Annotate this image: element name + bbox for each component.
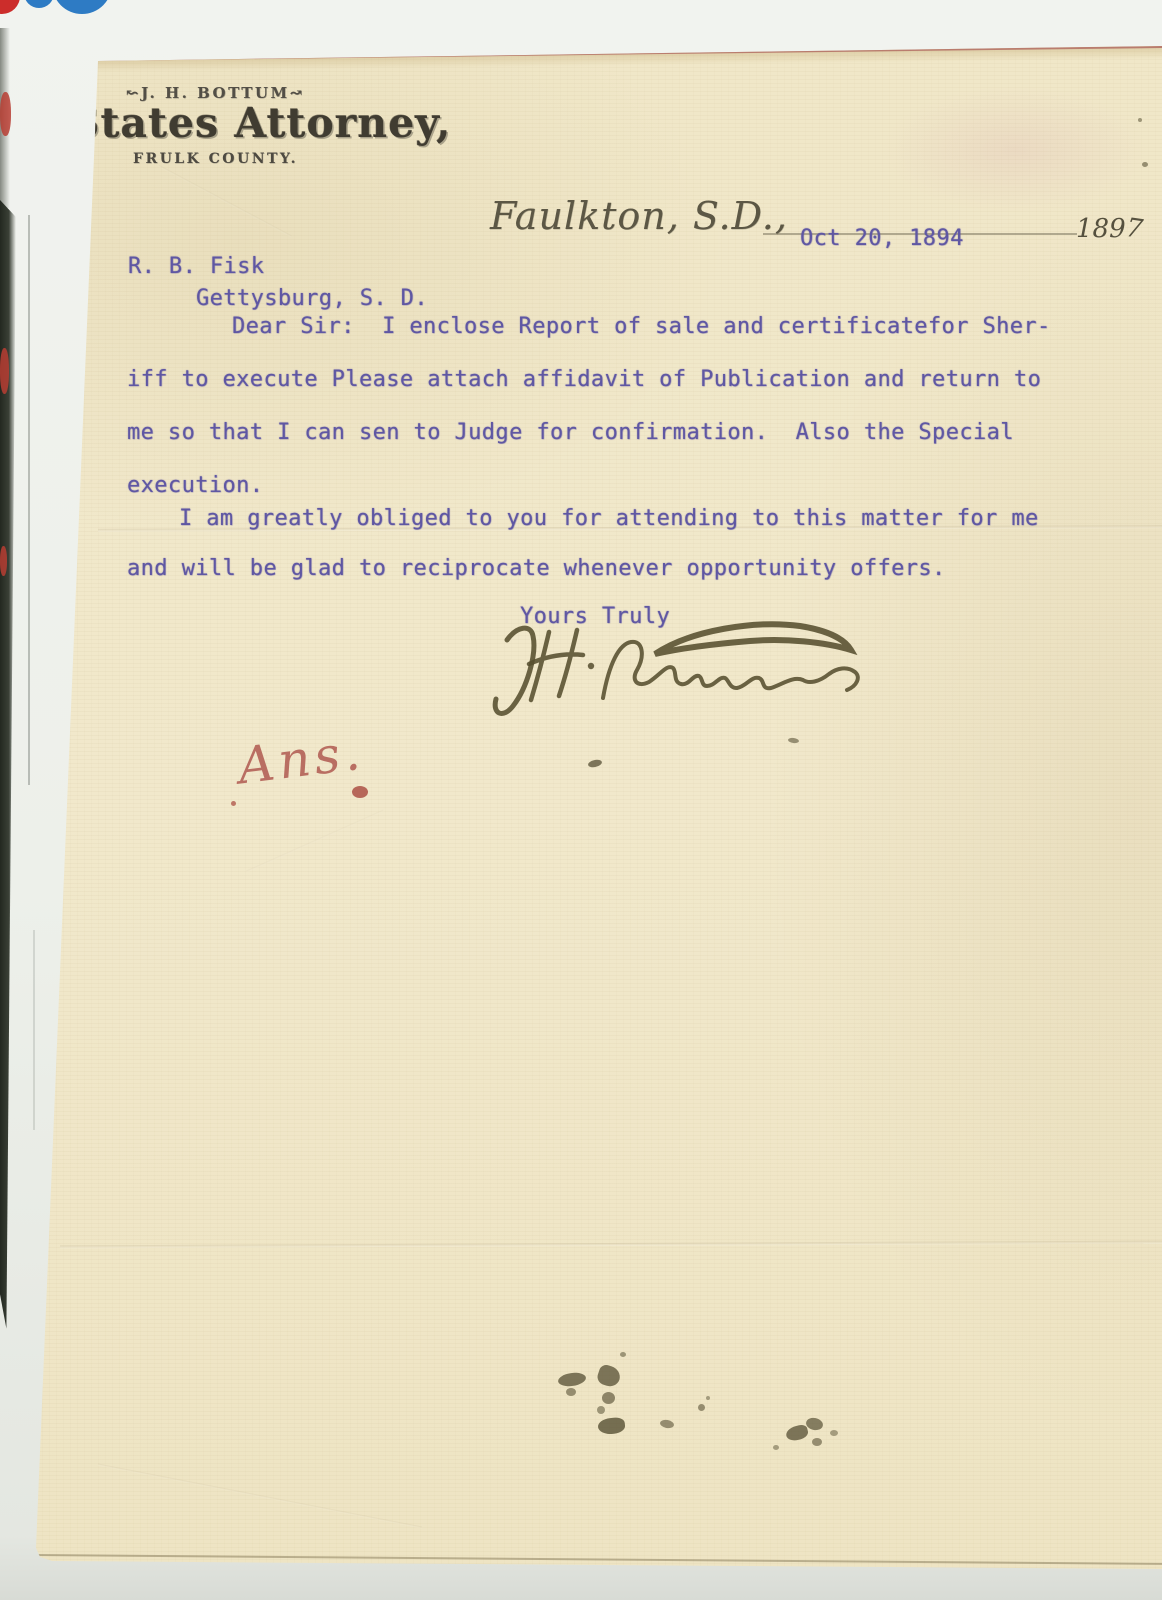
body-line: iff to execute Please attach affidavit o… [127,367,1041,392]
scanner-bed-crack [33,930,35,1130]
paper-bottom-edge [34,1554,1162,1565]
ink-smudge [830,1430,838,1436]
corner-crease [98,1464,422,1529]
letter-paper: ↜J. H. BOTTUM↝ States Attorney, FRULK CO… [0,0,1162,1600]
ink-smudge [620,1352,626,1357]
ink-smudge [597,1417,626,1436]
ink-smudge [557,1371,587,1388]
ink-smudge [597,1406,605,1414]
ink-smudge [812,1438,822,1446]
scanned-letter-photo: ↜J. H. BOTTUM↝ States Attorney, FRULK CO… [0,0,1162,1600]
body-line: Dear Sir: I enclose Report of sale and c… [232,314,1051,339]
ink-speck [1138,118,1142,122]
recipient-address: Gettysburg, S. D. [196,286,428,311]
printed-year: 1897 [1076,214,1142,244]
cropped-logo-fragment-blue-large [52,0,112,14]
cropped-logo-fragment-blue-small [24,0,54,8]
ink-smudge [595,1363,622,1389]
corner-crease [158,165,291,237]
letterhead-title: States Attorney, [70,99,451,147]
red-ink-speck [231,801,236,806]
ink-smudge [785,1424,810,1443]
letterhead-county: FRULK COUNTY. [133,151,298,167]
ink-smudge [698,1404,705,1411]
fold-crease [60,1241,1162,1249]
small-crease [246,810,384,873]
red-ink-blot [352,786,368,798]
scanner-bed-crack [28,215,30,785]
body-line: execution. [127,473,263,498]
ink-speck [587,759,602,769]
faint-pink-offset-stain [880,85,1150,215]
recipient-name: R. B. Fisk [128,254,264,279]
year-flourish: 7 [1124,213,1145,245]
ink-speck [788,737,800,743]
left-edge-red-mark [0,546,7,576]
paper-top-edge-shading [90,33,1162,72]
body-line: me so that I can sen to Judge for confir… [127,420,1014,445]
ink-smudge [566,1388,576,1396]
body-line: I am greatly obliged to you for attendin… [179,506,1039,531]
handwritten-signature [455,600,875,732]
ink-smudge [602,1392,615,1404]
ink-smudge [659,1419,674,1429]
left-edge-red-mark [0,348,9,394]
typed-date: Oct 20, 1894 [800,226,964,251]
cropped-logo-fragment-red [0,0,20,14]
ink-smudge [773,1445,779,1450]
ink-smudge [706,1396,710,1400]
left-edge-red-mark [0,92,11,136]
ink-speck [1142,162,1148,167]
answered-annotation: Ans. [235,723,367,796]
ink-smudge [805,1416,824,1431]
body-line: and will be glad to reciprocate whenever… [127,556,946,581]
dateline-place: Faulkton, S.D., [490,194,788,238]
